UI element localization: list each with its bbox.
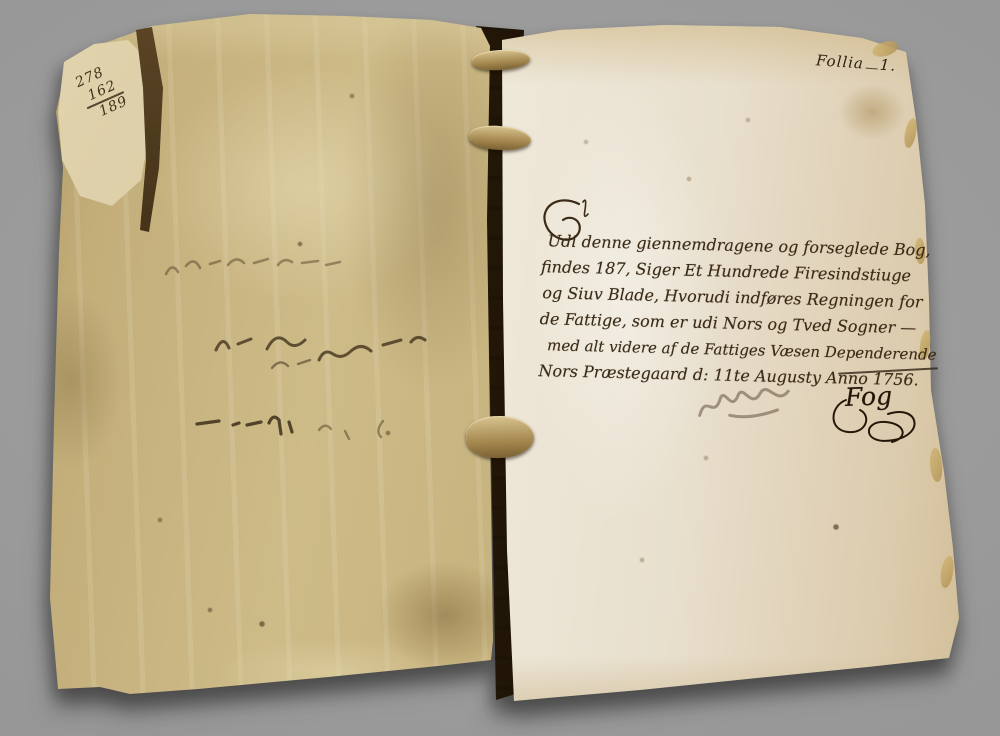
manuscript-text: Udi denne giennemdragene og forseglede B… bbox=[538, 228, 944, 394]
folio-number: 1. bbox=[879, 56, 897, 75]
open-book: 278 162 189 Follia1. bbox=[0, 0, 1000, 736]
signature-faint bbox=[692, 378, 805, 430]
folio-word: Follia bbox=[815, 51, 864, 72]
signature-fog-loops bbox=[822, 386, 932, 450]
photo-background: 278 162 189 Follia1. bbox=[0, 0, 1000, 736]
folio-underscore bbox=[866, 58, 879, 70]
